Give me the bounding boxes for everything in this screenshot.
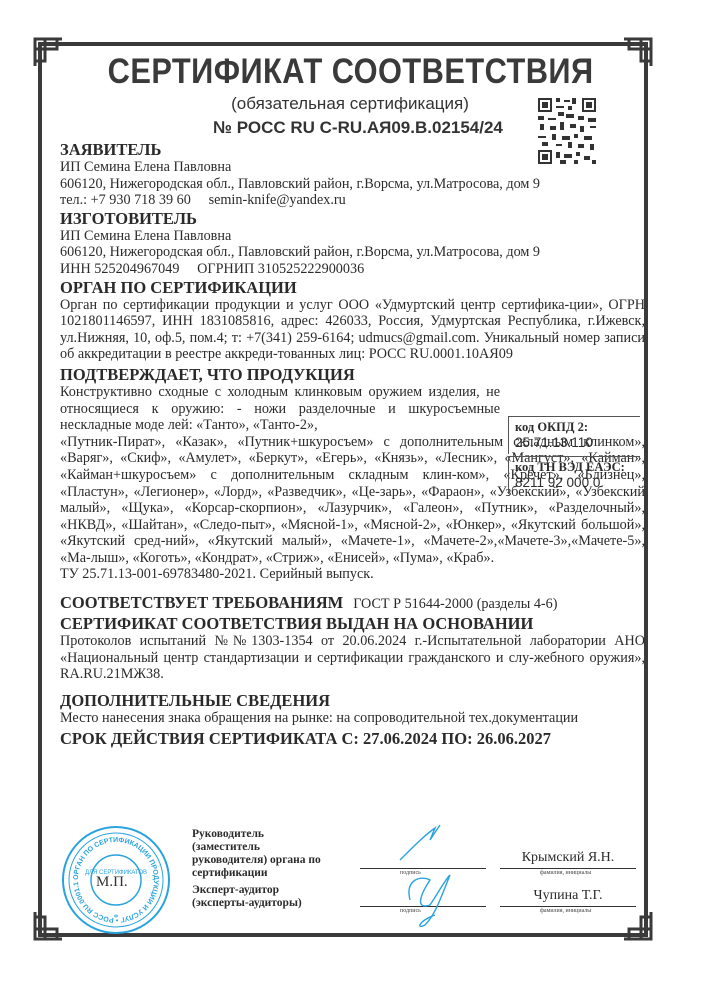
applicant-phone: тел.: +7 930 718 39 60 — [60, 192, 191, 208]
tnved-value: 8211 92 000 0 — [515, 475, 640, 491]
applicant-name: ИП Семина Елена Павловна — [60, 159, 645, 176]
product-intro: Конструктивно сходные с холодным клинков… — [60, 384, 500, 434]
certificate-number: № РОСС RU С-RU.АЯ09.В.02154/24 — [168, 118, 548, 138]
head-role: Руководитель (заместитель руководителя) … — [192, 828, 322, 880]
okpd-value: 25.71.13.110 — [515, 435, 640, 451]
basis-text: Протоколов испытаний №№1303-1354 от 20.0… — [60, 633, 645, 683]
stamp-icon: ОРГАН ПО СЕРТИФИКАЦИИ ПРОДУКЦИИ И УСЛУГ … — [60, 824, 172, 936]
expert-name: Чупина Т.Г. — [502, 888, 634, 904]
certificate-subtitle: (обязательная сертификация) — [150, 94, 550, 114]
compliance-row: СООТВЕТСТВУЕТ ТРЕБОВАНИЯМГОСТ Р 51644-20… — [60, 593, 645, 614]
signature-icon — [360, 820, 490, 940]
applicant-heading: ЗАЯВИТЕЛЬ — [60, 140, 645, 159]
stamp-label: М.П. — [96, 874, 128, 891]
validity-period: СРОК ДЕЙСТВИЯ СЕРТИФИКАТА С: 27.06.2024 … — [60, 729, 645, 748]
manufacturer-inn: ИНН 525204967049 — [60, 261, 179, 277]
svg-text:*: * — [114, 913, 119, 924]
compliance-heading: СООТВЕТСТВУЕТ ТРЕБОВАНИЯМ — [60, 593, 343, 612]
product-heading: ПОДТВЕРЖДАЕТ, ЧТО ПРОДУКЦИЯ — [60, 365, 645, 384]
manufacturer-name: ИП Семина Елена Павловна — [60, 228, 645, 245]
tnved-code-box: код ТН ВЭД ЕАЭС: 8211 92 000 0 — [508, 456, 640, 494]
basis-heading: СЕРТИФИКАТ СООТВЕТСТВИЯ ВЫДАН НА ОСНОВАН… — [60, 614, 645, 633]
applicant-contacts: тел.: +7 930 718 39 60 semin-knife@yande… — [60, 192, 645, 209]
manufacturer-heading: ИЗГОТОВИТЕЛЬ — [60, 209, 645, 228]
applicant-email[interactable]: semin-knife@yandex.ru — [209, 192, 346, 208]
tnved-label: код ТН ВЭД ЕАЭС: — [515, 460, 640, 475]
manufacturer-ids: ИНН 525204967049 ОГРНИП 310525222900036 — [60, 261, 645, 278]
head-name-caption: фамилия, инициалы — [540, 870, 591, 876]
head-name-line — [500, 868, 636, 869]
additional-text: Место нанесения знака обращения на рынке… — [60, 710, 645, 727]
cert-body-heading: ОРГАН ПО СЕРТИФИКАЦИИ — [60, 278, 645, 297]
certificate-title: СЕРТИФИКАТ СООТВЕТСТВИЯ — [42, 52, 660, 92]
product-spec: ТУ 25.71.13-001-69783480-2021. Серийный … — [60, 566, 645, 583]
manufacturer-address: 606120, Нижегородская обл., Павловский р… — [60, 244, 645, 261]
okpd-code-box: код ОКПД 2: 25.71.13.110 — [508, 416, 640, 454]
head-name: Крымский Я.Н. — [502, 850, 634, 866]
ornament-corner-icon — [32, 912, 62, 942]
compliance-standard: ГОСТ Р 51644-2000 (разделы 4-6) — [353, 596, 557, 612]
expert-role: Эксперт-аудитор (эксперты-аудиторы) — [192, 884, 322, 910]
additional-heading: ДОПОЛНИТЕЛЬНЫЕ СВЕДЕНИЯ — [60, 691, 645, 710]
signature-block: ОРГАН ПО СЕРТИФИКАЦИИ ПРОДУКЦИИ И УСЛУГ … — [60, 824, 645, 934]
expert-name-line — [500, 906, 636, 907]
applicant-address: 606120, Нижегородская обл., Павловский р… — [60, 176, 645, 193]
expert-name-caption: фамилия, инициалы — [540, 908, 591, 914]
cert-body-text: Орган по сертификации продукции и услуг … — [60, 297, 645, 363]
okpd-label: код ОКПД 2: — [515, 420, 640, 435]
manufacturer-ogrnip: ОГРНИП 310525222900036 — [197, 261, 364, 277]
